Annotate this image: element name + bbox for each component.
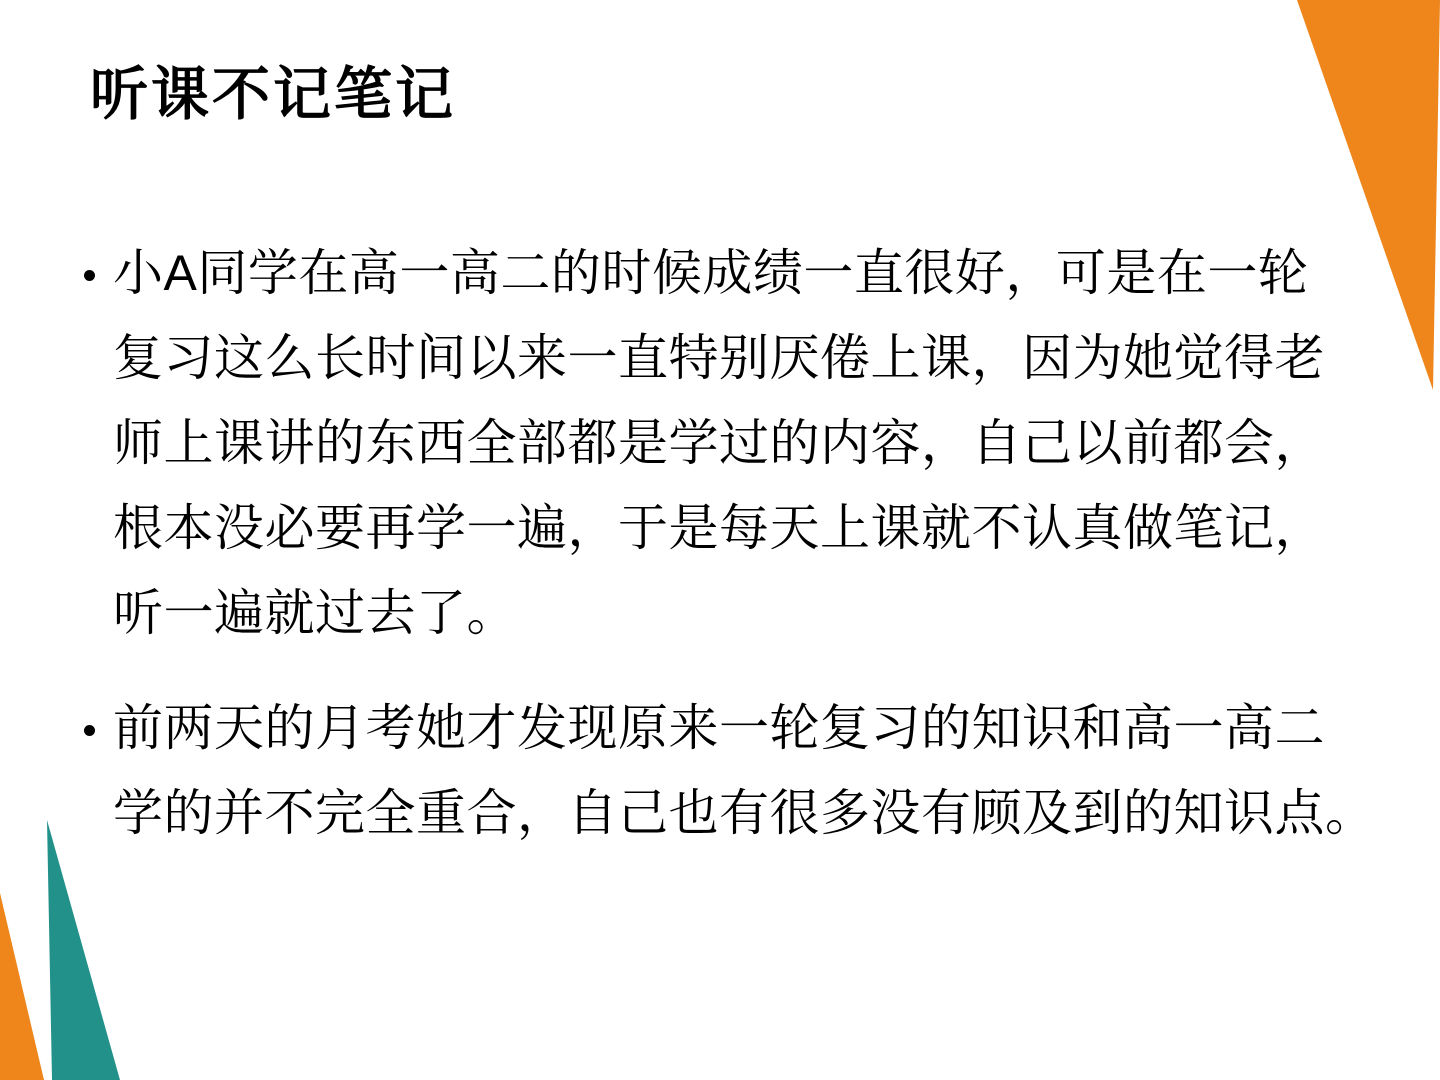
bullet-item: 小A同学在高一高二的时候成绩一直很好，可是在一轮 复习这么长时间以来一直特别厌倦…	[84, 231, 1394, 656]
slide-canvas: 听课不记笔记 小A同学在高一高二的时候成绩一直很好，可是在一轮 复习这么长时间以…	[0, 0, 1440, 1080]
bullet-dot-icon	[84, 725, 95, 736]
slide-title: 听课不记笔记	[90, 60, 456, 130]
bullet-list: 小A同学在高一高二的时候成绩一直很好，可是在一轮 复习这么长时间以来一直特别厌倦…	[84, 231, 1394, 886]
bullet-text: 小A同学在高一高二的时候成绩一直很好，可是在一轮 复习这么长时间以来一直特别厌倦…	[113, 231, 1394, 656]
bullet-dot-icon	[84, 270, 95, 281]
bullet-text: 前两天的月考她才发现原来一轮复习的知识和高一高二 学的并不完全重合，自己也有很多…	[113, 686, 1394, 856]
bullet-item: 前两天的月考她才发现原来一轮复习的知识和高一高二 学的并不完全重合，自己也有很多…	[84, 686, 1394, 856]
slide-content: 听课不记笔记 小A同学在高一高二的时候成绩一直很好，可是在一轮 复习这么长时间以…	[0, 0, 1440, 1080]
